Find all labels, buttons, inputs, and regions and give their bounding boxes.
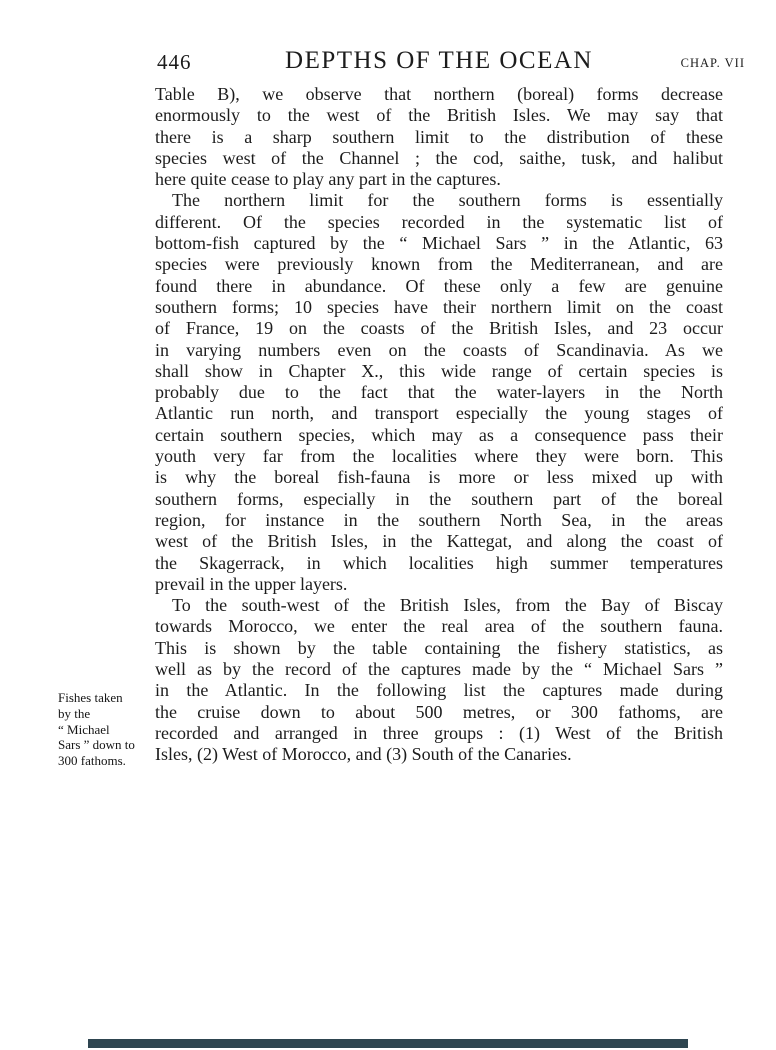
text-line: is why the boreal fish-fauna is more or … [155, 467, 723, 488]
text-line: in varying numbers even on the coasts of… [155, 340, 723, 361]
text-line: enormously to the west of the British Is… [155, 105, 723, 126]
paragraph: To the south-west of the British Isles, … [155, 595, 723, 765]
text-line: This is shown by the table containing th… [155, 638, 723, 659]
chapter-label: CHAP. VII [681, 56, 745, 71]
text-line: here quite cease to play any part in the… [155, 169, 723, 190]
text-line: well as by the record of the captures ma… [155, 659, 723, 680]
margin-note: Fishes takenby the“ MichaelSars ” down t… [58, 690, 154, 769]
text-line: different. Of the species recorded in th… [155, 212, 723, 233]
margin-note-line: Sars ” down to [58, 737, 154, 753]
text-line: there is a sharp southern limit to the d… [155, 127, 723, 148]
text-line: of France, 19 on the coasts of the Briti… [155, 318, 723, 339]
paragraph: Table B), we observe that northern (bore… [155, 84, 723, 190]
text-line: towards Morocco, we enter the real area … [155, 616, 723, 637]
text-line: The northern limit for the southern form… [155, 190, 723, 211]
text-line: southern forms; 10 species have their no… [155, 297, 723, 318]
scan-artifact-bar [88, 1039, 688, 1048]
margin-note-line: by the [58, 706, 154, 722]
text-line: found there in abundance. Of these only … [155, 276, 723, 297]
text-line: Table B), we observe that northern (bore… [155, 84, 723, 105]
text-line: southern forms, especially in the southe… [155, 489, 723, 510]
paragraph: The northern limit for the southern form… [155, 190, 723, 595]
text-line: region, for instance in the southern Nor… [155, 510, 723, 531]
text-line: certain southern species, which may as a… [155, 425, 723, 446]
text-line: in the Atlantic. In the following list t… [155, 680, 723, 701]
text-line: west of the British Isles, in the Katteg… [155, 531, 723, 552]
text-line: Isles, (2) West of Morocco, and (3) Sout… [155, 744, 723, 765]
text-line: species were previously known from the M… [155, 254, 723, 275]
book-page: 446 DEPTHS OF THE OCEAN CHAP. VII Fishes… [0, 0, 776, 1050]
text-line: Atlantic run north, and transport especi… [155, 403, 723, 424]
text-line: the Skagerrack, in which localities high… [155, 553, 723, 574]
text-line: species west of the Channel ; the cod, s… [155, 148, 723, 169]
margin-note-line: “ Michael [58, 722, 154, 738]
body-text: Table B), we observe that northern (bore… [155, 84, 723, 766]
margin-note-line: 300 fathoms. [58, 753, 154, 769]
text-line: youth very far from the localities where… [155, 446, 723, 467]
text-line: recorded and arranged in three groups : … [155, 723, 723, 744]
text-line: prevail in the upper layers. [155, 574, 723, 595]
margin-note-line: Fishes taken [58, 690, 154, 706]
text-line: To the south-west of the British Isles, … [155, 595, 723, 616]
text-line: probably due to the fact that the water-… [155, 382, 723, 403]
text-line: the cruise down to about 500 metres, or … [155, 702, 723, 723]
page-title: DEPTHS OF THE OCEAN [155, 47, 723, 75]
text-line: bottom-fish captured by the “ Michael Sa… [155, 233, 723, 254]
text-line: shall show in Chapter X., this wide rang… [155, 361, 723, 382]
